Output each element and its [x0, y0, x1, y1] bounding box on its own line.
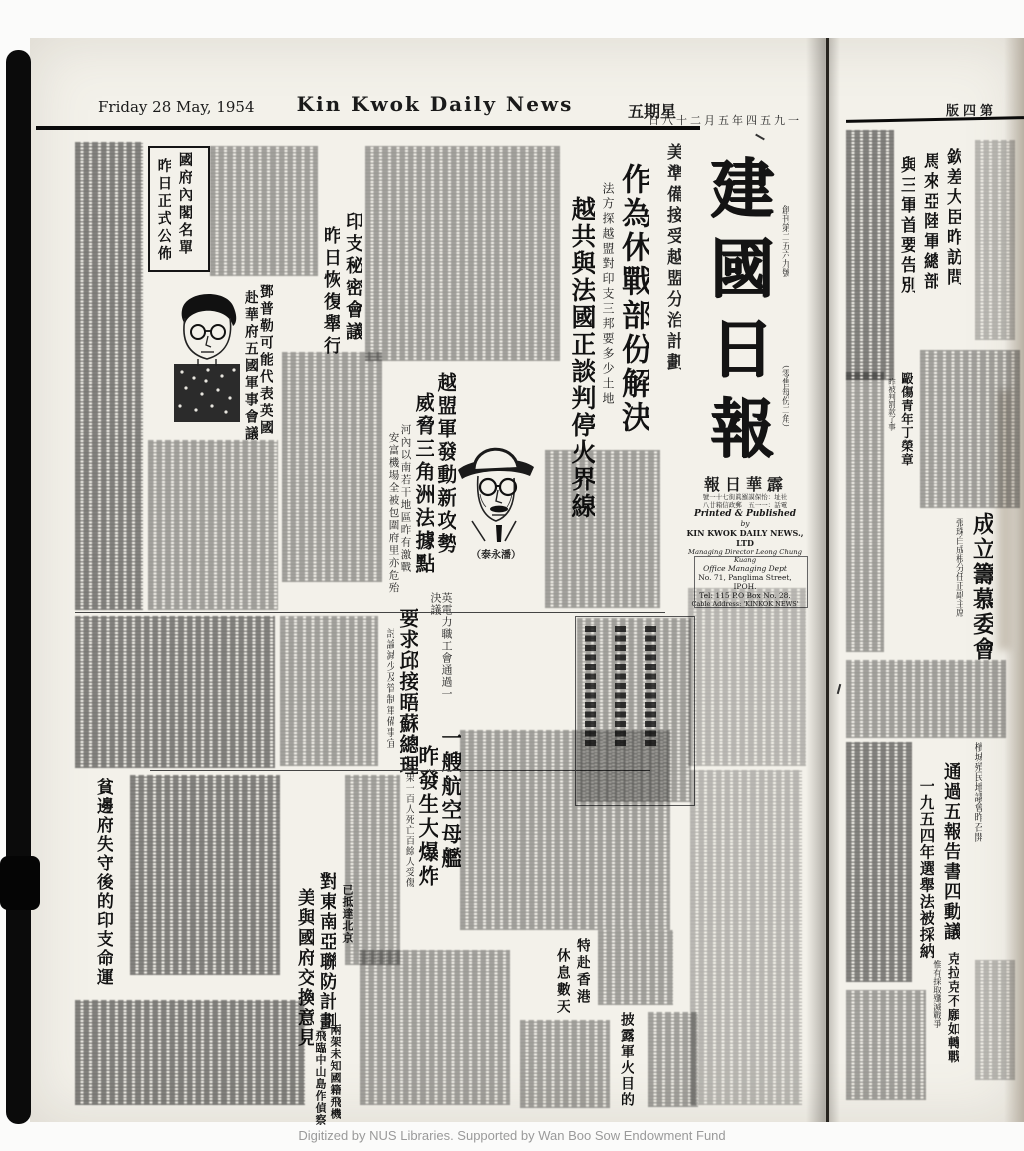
scan-gutter-shadow	[6, 50, 31, 1124]
body-text-block	[920, 350, 1020, 508]
headline-templer-1: 鄧普勒可能代表英國	[259, 284, 273, 446]
body-text-block	[75, 142, 143, 610]
body-text-block	[846, 130, 894, 380]
body-text-block	[520, 1020, 610, 1108]
body-text-block	[846, 990, 926, 1100]
body-text-block	[846, 372, 884, 652]
masthead-price-note: （零售每份二角）	[780, 360, 789, 455]
headline-unknown-planes-2: 飛臨中山島作偵察	[315, 1030, 326, 1130]
headline-us-truce-kicker: 美準備接受越盟分治計劃	[664, 143, 681, 443]
masthead-address-cn-2: 八廿箱信政郵 五一一：話電	[690, 500, 800, 509]
body-text-block	[75, 616, 275, 768]
imprint-company: KIN KWOK DAILY NEWS., LTD	[686, 528, 804, 548]
masthead-char-3: 日	[698, 310, 786, 390]
imprint-by: by	[686, 519, 804, 528]
headline-committee: 成立籌慕委會	[970, 512, 993, 664]
headline-cabinet-1: 國府內閣名單	[177, 152, 192, 264]
headline-commissioner-2: 馬來亞陸軍總部	[921, 152, 938, 317]
body-text-block	[365, 146, 560, 361]
body-text-block	[360, 950, 510, 1105]
masthead-char-2: 國	[698, 230, 786, 310]
body-text-block	[210, 146, 318, 276]
headline-youth-deck: 昨被判罰款了事	[888, 378, 896, 468]
headline-carrier-2: 昨發生大爆炸	[417, 745, 438, 897]
portrait-caption: （泰永潘）	[456, 546, 536, 561]
headline-templer-2: 赴華府五國軍事會議	[244, 290, 258, 452]
headline-churchill-deck: 討論減少及管制軍備事宜	[384, 628, 394, 766]
headline-penang-1: 通過五報告書四動議	[942, 762, 960, 954]
headline-us-truce-main: 作為休戰部份解決	[618, 163, 649, 463]
masthead-char-4: 報	[698, 390, 786, 470]
date-english: Friday 28 May, 1954	[98, 98, 255, 116]
deck-vietminh-2: 安富機場全被包圍府里亦危殆	[388, 432, 399, 604]
headline-hongkong-rest-2: 休息數天	[556, 948, 570, 1026]
portrait-sketch-hat-man	[452, 424, 540, 544]
body-text-block	[130, 775, 280, 975]
body-text-block	[846, 742, 912, 982]
headline-youth: 毆傷青年丁榮章	[900, 372, 913, 477]
headline-sea-defense-1: 對東南亞聯防計劃	[318, 872, 336, 1040]
headline-clark: 克拉克不願如轉戰	[946, 952, 959, 1078]
body-text-block	[280, 616, 378, 766]
masthead-char-1: 建	[698, 150, 786, 230]
headline-indochina-meeting-2: 昨日恢復舉行	[322, 226, 340, 362]
body-text-block	[846, 660, 1006, 738]
headline-committee-deck: 張珠白成根分任正副主席	[954, 518, 963, 648]
scan-gutter-blob	[0, 856, 40, 910]
headline-penang-2: 一九五四年選舉法被採納	[918, 778, 934, 984]
page-fold-line	[826, 38, 829, 1122]
headline-churchill-main: 要求邱接晤蘇總理	[398, 608, 418, 776]
masthead-calligraphy: 建 國 日 報	[698, 150, 786, 470]
body-text-block	[75, 1000, 305, 1105]
deck-vietminh-1: 河內以南若干地區昨有激戰	[400, 424, 411, 589]
body-text-block	[690, 770, 802, 1105]
headline-arms-purpose: 披露軍火目的	[620, 1012, 634, 1112]
page-fold-shadow	[806, 38, 840, 1122]
headline-churchill-kicker: 英電力職工會通過一決議	[430, 592, 452, 710]
headline-commissioner-3: 與三軍首要告別	[898, 156, 915, 321]
body-text-block	[688, 588, 806, 766]
digitization-credit: Digitized by NUS Libraries. Supported by…	[0, 1128, 1024, 1143]
headline-vietminh-2: 威脅三角洲法據點	[414, 392, 434, 580]
headline-dien-bien-phu: 貧邊府失守後的印支命運	[92, 776, 113, 1002]
body-text-block	[598, 930, 673, 1005]
headline-carrier-deck: 結果一百人死亡百餘人受傷	[404, 762, 414, 900]
body-text-block	[975, 960, 1015, 1080]
masthead-issue-number: 創刊第二五六九號	[780, 205, 789, 335]
headline-unknown-planes-1: 兩架未知國籍飛機	[330, 1024, 341, 1124]
body-text-block	[545, 450, 660, 608]
section-rule-1	[75, 612, 665, 613]
body-text-block	[148, 440, 278, 610]
body-text-block	[345, 775, 400, 965]
imprint-printed: Printed & Published	[686, 509, 804, 519]
scanned-newspaper-page: Friday 28 May, 1954 Kin Kwok Daily News …	[0, 0, 1024, 1151]
headline-cabinet-2: 昨日正式公佈	[156, 158, 171, 270]
headline-penang-kicker: 檳城殖民地議會昨召開	[972, 742, 982, 867]
header-rule	[36, 126, 700, 130]
portrait-sketch-glasses-man	[170, 286, 244, 424]
headline-us-truce-deck: 法方探越盟對印支三邦要多少土地	[602, 182, 614, 457]
body-text-block	[282, 352, 382, 582]
headline-clark-deck: 惟有採取殲滅戰爭	[932, 960, 941, 1065]
newspaper-title-english: Kin Kwok Daily News	[290, 92, 580, 116]
headline-hongkong-rest-1: 特赴香港	[576, 938, 590, 1016]
headline-commissioner-1: 欽差大臣昨訪問	[944, 148, 961, 313]
body-text-block	[460, 730, 670, 930]
headline-carrier-1: 一艘航空母艦	[440, 727, 461, 879]
body-text-block	[975, 140, 1015, 340]
headline-indochina-meeting-1: 印支秘密會議	[344, 212, 362, 348]
